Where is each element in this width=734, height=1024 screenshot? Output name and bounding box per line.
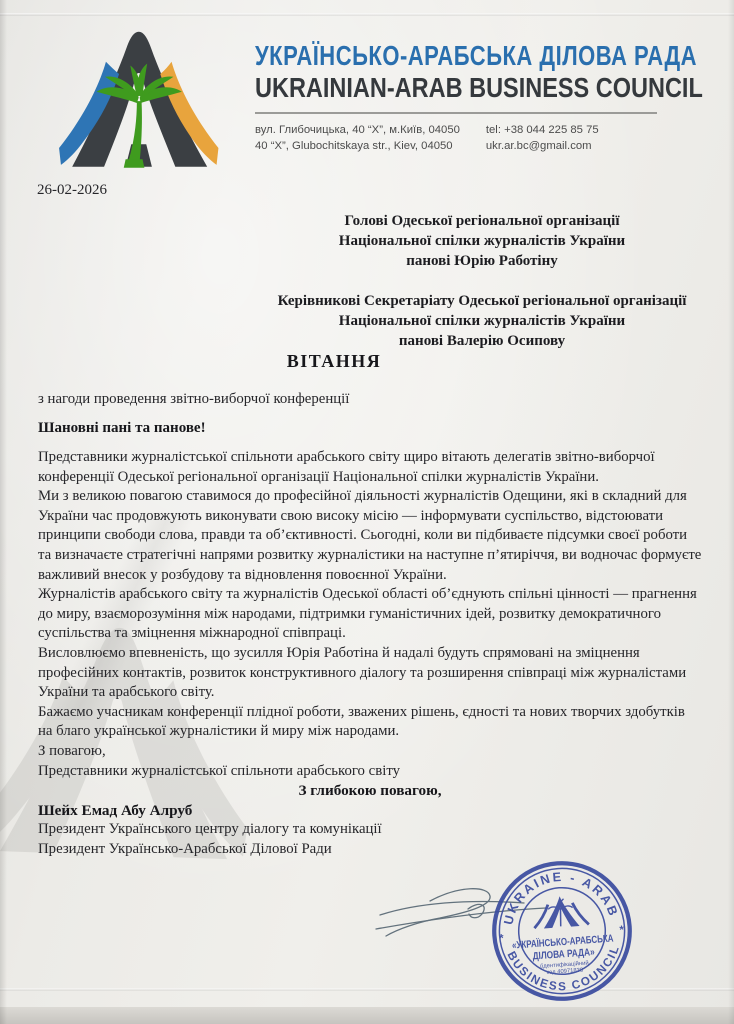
recipients: Голові Одеської регіональної організації…: [258, 211, 706, 351]
paper-crease-top: [0, 13, 734, 16]
senders-line: Представники журналістської спільноти ар…: [38, 762, 702, 782]
recipient-block-1: Голові Одеської регіональної організації…: [258, 211, 706, 271]
email-address: ukr.ar.bc@gmail.com: [486, 138, 599, 154]
contact-block: вул. Глибочицька, 40 “Х”, м.Київ, 04050 …: [255, 122, 675, 154]
recipient-line: панові Юрію Работіну: [258, 251, 706, 271]
recipient-line: Керівникові Секретаріату Одеської регіон…: [258, 291, 706, 311]
letterhead-divider: [255, 112, 657, 114]
phone-number: tel: +38 044 225 85 75: [486, 122, 599, 138]
regards-line: З повагою,: [38, 742, 702, 762]
paper-edge-right: [728, 0, 734, 1024]
paper-bottom-edge: [0, 1007, 734, 1024]
signatory-title-1: Президент Українського центру діалогу та…: [38, 820, 702, 840]
deep-regards-line: З глибокою повагою,: [38, 781, 702, 801]
org-name-english: UKRAINIAN-ARAB BUSINESS COUNCIL: [255, 72, 675, 110]
paragraph-4: Висловлюємо впевненість, що зусилля Юрія…: [38, 644, 702, 703]
address-block: вул. Глибочицька, 40 “Х”, м.Київ, 04050 …: [255, 122, 460, 154]
paragraph-5: Бажаємо учасникам конференції плідної ро…: [38, 703, 702, 742]
signatory-name: Шейх Емад Абу Алруб: [38, 801, 702, 821]
address-ukrainian: вул. Глибочицька, 40 “Х”, м.Київ, 04050: [255, 122, 460, 138]
address-english: 40 “X”, Glubochitskaya str., Kiev, 04050: [255, 138, 460, 154]
letter-date: 26-02-2026: [37, 182, 107, 199]
recipient-line: Національної спілки журналістів України: [258, 231, 706, 251]
paragraph-1: Представники журналістської спільноти ар…: [38, 448, 702, 487]
stamp-code-line-2: код 40971838: [546, 968, 583, 977]
org-logo: [50, 28, 235, 178]
letterhead: УКРАЇНСЬКО-АРАБСЬКА ДІЛОВА РАДА UKRAINIA…: [255, 40, 675, 154]
paragraph-2: Ми з великою повагою ставимося до профес…: [38, 487, 702, 585]
recipient-line: Національної спілки журналістів України: [258, 311, 706, 331]
recipient-block-2: Керівникові Секретаріату Одеської регіон…: [258, 291, 706, 351]
org-round-stamp: UKRAINE - ARAB BUSINESS COUNCIL * * «УКР…: [477, 846, 648, 1017]
letter-title: ВІТАННЯ: [0, 351, 668, 372]
recipient-line: Голові Одеської регіональної організації: [258, 211, 706, 231]
recipient-line: панові Валерію Осипову: [258, 331, 706, 351]
phone-email-block: tel: +38 044 225 85 75 ukr.ar.bc@gmail.c…: [486, 122, 599, 154]
salutation: Шановні пані та панове!: [38, 420, 206, 437]
letter-body: Представники журналістської спільноти ар…: [38, 448, 702, 859]
paragraph-3: Журналістів арабського світу та журналіс…: [38, 585, 702, 644]
scanned-letter-page: УКРАЇНСЬКО-АРАБСЬКА ДІЛОВА РАДА UKRAINIA…: [0, 0, 734, 1024]
stamp-star-left: *: [499, 933, 505, 945]
stamp-logo-icon: [532, 894, 589, 929]
subject-line: з нагоди проведення звітно-виборчої конф…: [38, 391, 349, 408]
